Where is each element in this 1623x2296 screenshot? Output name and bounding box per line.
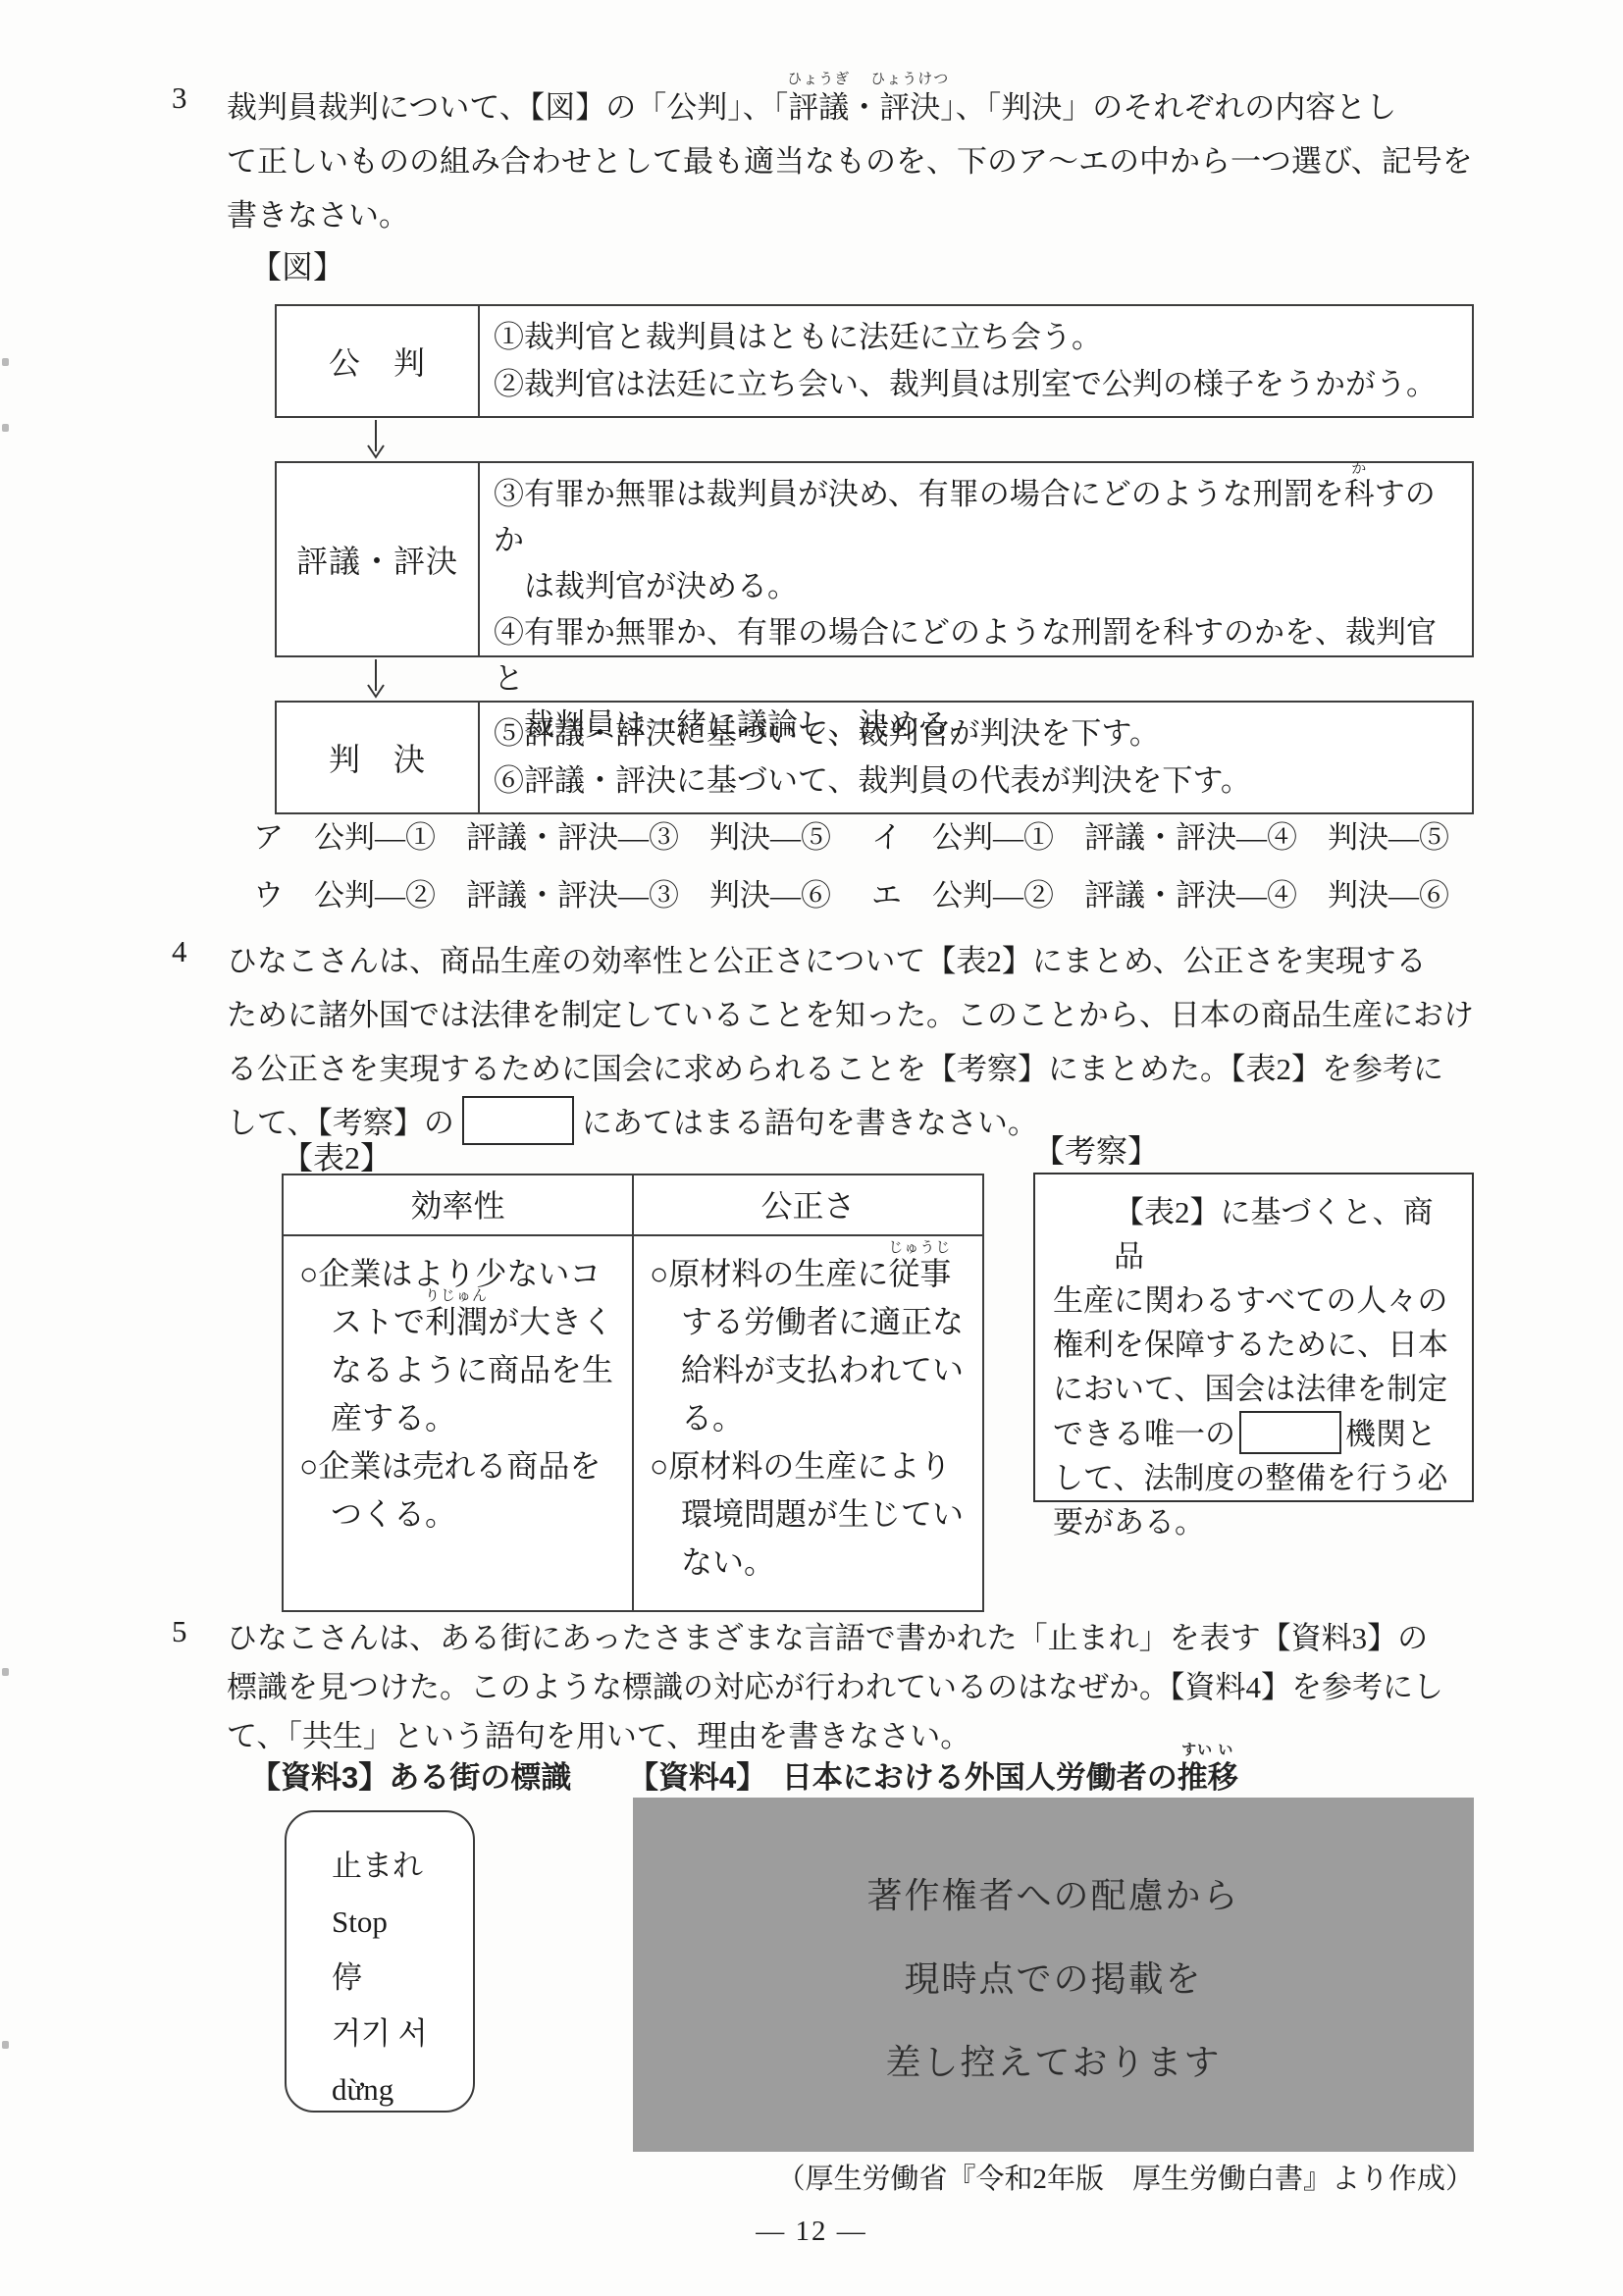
furigana: か <box>1351 462 1367 477</box>
answer-options: ア 公判―① 評議・評決―③ 判決―⑤ イ 公判―① 評議・評決―④ 判決―⑤ … <box>253 812 1490 928</box>
furigana: ひょうけつ <box>870 73 949 87</box>
table2-cell-efficiency: ○企業はより少ないコ ストで利潤りじゅんが大きく なるように商品を生 産する。 … <box>284 1236 634 1610</box>
table2-line: ○企業は売れる商品を <box>299 1442 624 1490</box>
figure-line: ②裁判官は法廷に立ち会い、裁判員は別室で公判の様子をうかがう。 <box>494 361 1458 408</box>
text-segment: して、法制度の整備を行う必 <box>1053 1461 1447 1495</box>
question-3-text: 裁判員裁判について、【図】の「公判」、「評議ひょうぎ・評決ひょうけつ」、「判決」… <box>227 80 1488 242</box>
figure-row-kohan-label: 公 判 <box>277 306 480 416</box>
text-segment: つくる。 <box>331 1496 456 1532</box>
sign-line-korean: 거기 서 <box>332 2006 473 2061</box>
figure-label: 【図】 <box>250 242 344 287</box>
question-4-number: 4 <box>172 934 227 1150</box>
furigana: じゅうじ <box>888 1241 951 1256</box>
question-4-line-4: して、【考察】のにあてはまる語句を書きなさい。 <box>227 1096 1488 1150</box>
furigana: すい い <box>1181 1743 1233 1757</box>
ruby-word: 評決ひょうけつ <box>879 80 940 134</box>
text-segment: ○企業は売れる商品を <box>299 1448 601 1484</box>
ruby-word: 従事じゅうじ <box>888 1250 951 1298</box>
text-segment: 権利を保障するために、日本 <box>1053 1328 1448 1362</box>
table2-body: ○企業はより少ないコ ストで利潤りじゅんが大きく なるように商品を生 産する。 … <box>284 1236 982 1610</box>
figure-line: は裁判官が決める。 <box>494 563 1458 609</box>
text-segment: 環境問題が生じてい <box>681 1496 964 1532</box>
figure-row-hyogi-content: ③有罪か無罪は裁判員が決め、有罪の場合にどのような刑罰を科かすのか は裁判官が決… <box>480 463 1472 655</box>
figure-row-hanketsu: 判 決 ⑤評議・評決に基づいて、裁判官が判決を下す。 ⑥評議・評決に基づいて、裁… <box>275 701 1474 814</box>
question-3: 3 裁判員裁判について、【図】の「公判」、「評議ひょうぎ・評決ひょうけつ」、「判… <box>172 80 1488 242</box>
text-segment: る。 <box>681 1400 744 1435</box>
table2-label: 【表2】 <box>282 1133 392 1178</box>
sign-line-chinese: 停 <box>332 1950 473 2006</box>
answer-options-row-1: ア 公判―① 評議・評決―③ 判決―⑤ イ 公判―① 評議・評決―④ 判決―⑤ <box>253 812 1490 857</box>
kosatsu-line: して、法制度の整備を行う必 <box>1053 1456 1454 1500</box>
kosatsu-line: において、国会は法律を制定 <box>1053 1367 1454 1411</box>
table2-line: ○原材料の生産に従事じゅうじ <box>650 1250 974 1298</box>
kosatsu-line: 権利を保障するために、日本 <box>1053 1323 1454 1367</box>
scan-artifact <box>2 424 9 432</box>
kosatsu-line: 要がある。 <box>1053 1500 1454 1544</box>
copyright-notice-line: 現時点での掲載を <box>633 1938 1474 2021</box>
text-segment: できる唯一の <box>1053 1417 1235 1451</box>
sign-line-vietnamese: dừng <box>332 2061 473 2117</box>
down-arrow-icon <box>275 657 476 701</box>
text-segment: ⑤評議・評決に基づいて、裁判官が判決を下す。 <box>494 716 1160 751</box>
scan-artifact <box>2 2041 9 2049</box>
text-segment: する労働者に適正な <box>681 1304 964 1339</box>
table2-line: なるように商品を生 <box>299 1346 624 1394</box>
table2-line: つくる。 <box>299 1490 624 1539</box>
ruby-word: 利潤りじゅん <box>425 1298 488 1346</box>
text-segment: ○原材料の生産により <box>650 1448 951 1484</box>
kosatsu-box: 【表2】に基づくと、商品 生産に関わるすべての人々の 権利を保障するために、日本… <box>1033 1173 1474 1502</box>
furigana: りじゅん <box>425 1289 488 1304</box>
shiryo3-heading: 【資料3】ある街の標識 <box>250 1752 571 1797</box>
answer-options-row-2: ウ 公判―② 評議・評決―③ 判決―⑥ エ 公判―② 評議・評決―④ 判決―⑥ <box>253 870 1490 914</box>
text-segment: 産する。 <box>331 1400 456 1435</box>
question-4-line-3: る公正さを実現するために国会に求められることを【考察】にまとめた。【表2】を参考… <box>227 1042 1488 1096</box>
text-segment: ⑥評議・評決に基づいて、裁判員の代表が判決を下す。 <box>494 763 1251 798</box>
table2-line: 産する。 <box>299 1394 624 1442</box>
text-segment: ストで <box>331 1304 425 1339</box>
question-4-line-2: ために諸外国では法律を制定していることを知った。このことから、日本の商品生産にお… <box>227 988 1488 1042</box>
text-segment: が大きく <box>488 1304 613 1339</box>
question-5-text: ひなこさんは、ある街にあったさまざまな言語で書かれた「止まれ」を表す【資料3】の… <box>227 1614 1488 1761</box>
figure-row-hyogi-label: 評議・評決 <box>277 463 480 655</box>
kosatsu-line: 生産に関わるすべての人々の <box>1053 1278 1454 1323</box>
figure-row-hanketsu-content: ⑤評議・評決に基づいて、裁判官が判決を下す。 ⑥評議・評決に基づいて、裁判員の代… <box>480 703 1472 812</box>
text-segment: ○原材料の生産に <box>650 1256 888 1291</box>
text-segment: 裁判員裁判について、【図】の「公判」、「 <box>227 90 788 125</box>
figure-line: ⑥評議・評決に基づいて、裁判員の代表が判決を下す。 <box>494 757 1458 805</box>
ruby-word: 推移すい い <box>1178 1752 1238 1797</box>
question-3-line-3: 書きなさい。 <box>227 188 1488 242</box>
question-4: 4 ひなこさんは、商品生産の効率性と公正さについて【表2】にまとめ、公正さを実現… <box>172 934 1488 1150</box>
question-5-line-2: 標識を見つけた。このような標識の対応が行われているのはなぜか。【資料4】を参考に… <box>227 1663 1488 1712</box>
figure-line: ①裁判官と裁判員はともに法廷に立ち会う。 <box>494 314 1458 361</box>
text-segment: ○企業はより少ないコ <box>299 1256 601 1291</box>
question-5-number: 5 <box>172 1614 227 1761</box>
answer-blank-box <box>1239 1411 1341 1454</box>
sign-line-japanese: 止まれ <box>332 1838 473 1894</box>
down-arrow-icon <box>275 418 476 461</box>
copyright-notice-line: 著作権者への配慮から <box>633 1854 1474 1938</box>
option-u: ウ 公判―② 評議・評決―③ 判決―⑥ <box>253 870 871 914</box>
text-segment: ない。 <box>681 1544 775 1580</box>
furigana: ひょうぎ <box>787 73 850 87</box>
figure-line: ③有罪か無罪は裁判員が決め、有罪の場合にどのような刑罰を科かすのか <box>494 471 1458 563</box>
figure-line: ⑤評議・評決に基づいて、裁判官が判決を下す。 <box>494 710 1458 757</box>
figure-row-hyogi: 評議・評決 ③有罪か無罪は裁判員が決め、有罪の場合にどのような刑罰を科かすのか … <box>275 461 1474 657</box>
question-3-line-2: て正しいものの組み合わせとして最も適当なものを、下のア～エの中から一つ選び、記号… <box>227 134 1488 188</box>
scan-artifact <box>2 358 9 366</box>
option-e: エ 公判―② 評議・評決―④ 判決―⑥ <box>871 870 1449 914</box>
answer-blank-box <box>462 1096 574 1145</box>
scan-artifact <box>2 1668 9 1676</box>
table2-line: する労働者に適正な <box>650 1298 974 1346</box>
text-segment: 【表2】に基づくと、商品 <box>1114 1195 1434 1274</box>
text-segment: において、国会は法律を制定 <box>1053 1372 1447 1406</box>
page-number: ― 12 ― <box>0 2216 1623 2248</box>
text-segment: 【資料4】 日本における外国人労働者の <box>628 1760 1178 1795</box>
table2-header: 効率性 公正さ <box>284 1175 982 1236</box>
source-caption: （厚生労働省『令和2年版 厚生労働白書』より作成） <box>589 2157 1474 2197</box>
text-segment: ②裁判官は法廷に立ち会い、裁判員は別室で公判の様子をうかがう。 <box>494 367 1437 401</box>
figure-row-hanketsu-label: 判 決 <box>277 703 480 812</box>
sign-line-english: Stop <box>332 1894 473 1950</box>
text-segment: ③有罪か無罪は裁判員が決め、有罪の場合にどのような刑罰を <box>494 477 1344 511</box>
trial-process-figure: 公 判 ①裁判官と裁判員はともに法廷に立ち会う。 ②裁判官は法廷に立ち会い、裁判… <box>275 304 1474 814</box>
ruby-word: 科か <box>1344 471 1375 517</box>
kosatsu-line: できる唯一の機関と <box>1053 1411 1454 1456</box>
figure-line: ④有罪か無罪か、有罪の場合にどのような刑罰を科すのかを、裁判官と <box>494 609 1458 702</box>
table2-line: ストで利潤りじゅんが大きく <box>299 1298 624 1346</box>
table2-header-fairness: 公正さ <box>634 1175 982 1234</box>
kosatsu-line: 【表2】に基づくと、商品 <box>1053 1190 1454 1278</box>
option-a: ア 公判―① 評議・評決―③ 判決―⑤ <box>253 812 871 857</box>
text-segment: ④有罪か無罪か、有罪の場合にどのような刑罰を科すのかを、裁判官と <box>494 615 1437 696</box>
text-segment: は裁判官が決める。 <box>524 569 798 603</box>
question-3-number: 3 <box>172 80 227 242</box>
text-segment: 要がある。 <box>1053 1505 1205 1539</box>
copyright-notice-line: 差し控えております <box>633 2021 1474 2105</box>
text-segment: 給料が支払われてい <box>681 1352 964 1387</box>
exam-page: 3 裁判員裁判について、【図】の「公判」、「評議ひょうぎ・評決ひょうけつ」、「判… <box>0 0 1623 2296</box>
ruby-word: 評議ひょうぎ <box>788 80 849 134</box>
table2-line: ない。 <box>650 1539 974 1587</box>
shiryo4-heading: 【資料4】 日本における外国人労働者の推移すい い <box>628 1752 1238 1797</box>
copyright-placeholder: 著作権者への配慮から 現時点での掲載を 差し控えております <box>633 1798 1474 2152</box>
text-segment: 機関と <box>1345 1417 1437 1451</box>
figure-row-kohan: 公 判 ①裁判官と裁判員はともに法廷に立ち会う。 ②裁判官は法廷に立ち会い、裁判… <box>275 304 1474 418</box>
table2-cell-fairness: ○原材料の生産に従事じゅうじ する労働者に適正な 給料が支払われてい る。 ○原… <box>634 1236 982 1610</box>
figure-row-kohan-content: ①裁判官と裁判員はともに法廷に立ち会う。 ②裁判官は法廷に立ち会い、裁判員は別室… <box>480 306 1472 416</box>
text-segment: 生産に関わるすべての人々の <box>1053 1283 1447 1318</box>
text-segment: ・ <box>849 90 879 125</box>
table2-line: る。 <box>650 1394 974 1442</box>
question-4-text: ひなこさんは、商品生産の効率性と公正さについて【表2】にまとめ、公正さを実現する… <box>227 934 1488 1150</box>
question-4-line-1: ひなこさんは、商品生産の効率性と公正さについて【表2】にまとめ、公正さを実現する <box>227 934 1488 988</box>
text-segment: なるように商品を生 <box>331 1352 613 1387</box>
option-i: イ 公判―① 評議・評決―④ 判決―⑤ <box>871 812 1449 857</box>
text-segment: ①裁判官と裁判員はともに法廷に立ち会う。 <box>494 320 1102 354</box>
text-segment: 」、「判決」のそれぞれの内容とし <box>940 90 1396 125</box>
table2-line: ○原材料の生産により <box>650 1442 974 1490</box>
stop-sign-box: 止まれ Stop 停 거기 서 dừng <box>285 1810 475 2113</box>
question-3-line-1: 裁判員裁判について、【図】の「公判」、「評議ひょうぎ・評決ひょうけつ」、「判決」… <box>227 80 1488 134</box>
text-segment: にあてはまる語句を書きなさい。 <box>582 1106 1038 1140</box>
table2-line: 給料が支払われてい <box>650 1346 974 1394</box>
question-5: 5 ひなこさんは、ある街にあったさまざまな言語で書かれた「止まれ」を表す【資料3… <box>172 1614 1488 1761</box>
kosatsu-label: 【考察】 <box>1033 1126 1159 1172</box>
table2: 効率性 公正さ ○企業はより少ないコ ストで利潤りじゅんが大きく なるように商品… <box>282 1174 984 1612</box>
table2-header-efficiency: 効率性 <box>284 1175 634 1234</box>
question-5-line-1: ひなこさんは、ある街にあったさまざまな言語で書かれた「止まれ」を表す【資料3】の <box>227 1614 1488 1663</box>
table2-line: 環境問題が生じてい <box>650 1490 974 1539</box>
